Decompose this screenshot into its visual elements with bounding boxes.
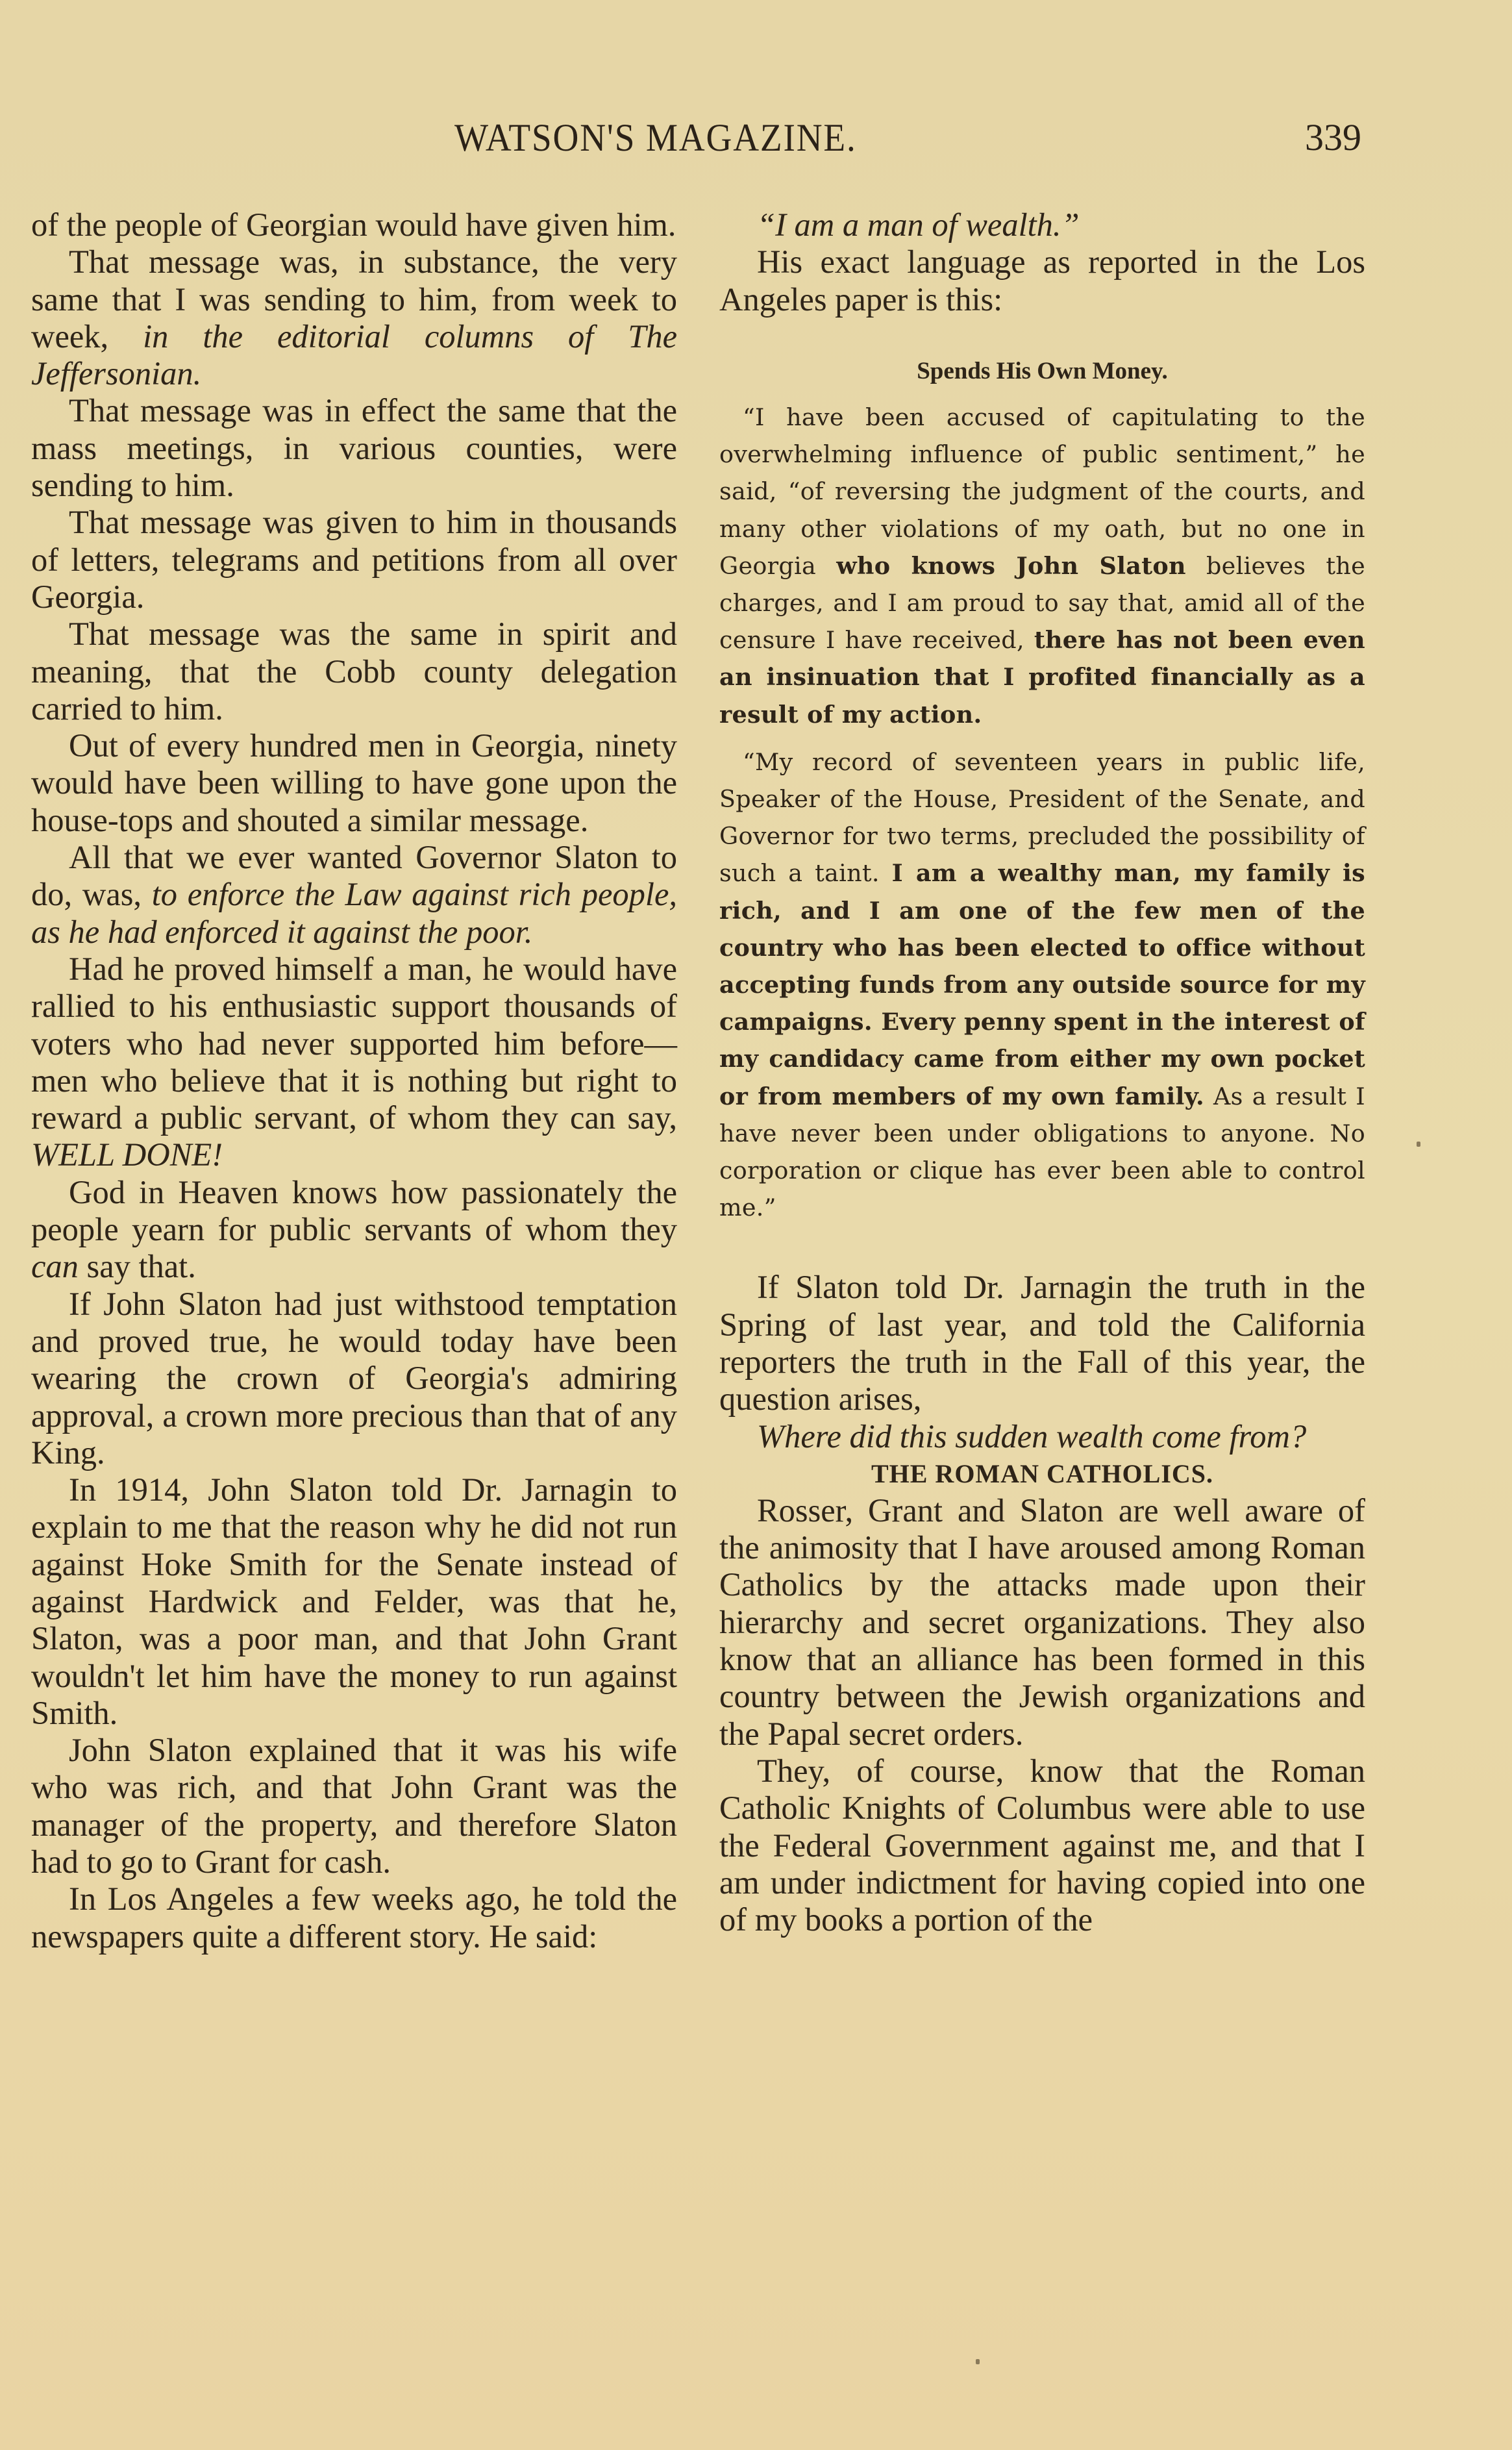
spacer: [719, 733, 1365, 744]
paragraph: Out of every hundred men in Georgia, nin…: [31, 727, 677, 839]
paragraph: That message was in effect the same that…: [31, 392, 677, 504]
paragraph: In 1914, John Slaton told Dr. Jarnagin t…: [31, 1471, 677, 1732]
italic-phrase: in the editorial columns of The Jefferso…: [31, 318, 677, 392]
paragraph: His exact language as reported in the Lo…: [719, 244, 1365, 318]
running-header: WATSON'S MAGAZINE. 339: [0, 116, 1512, 161]
scan-speck: [1417, 1142, 1420, 1147]
paragraph: If Slaton told Dr. Jarnagin the truth in…: [719, 1269, 1365, 1418]
newspaper-subheading: Spends His Own Money.: [719, 357, 1365, 386]
paragraph: They, of course, know that the Roman Cat…: [719, 1753, 1365, 1938]
left-column: of the people of Georgian would have giv…: [31, 206, 677, 1955]
paragraph: If John Slaton had just withstood tempta…: [31, 1286, 677, 1471]
newspaper-quote-paragraph: “My record of seventeen years in public …: [719, 744, 1365, 1227]
spacer: [719, 1226, 1365, 1269]
paragraph: Had he proved himself a man, he would ha…: [31, 951, 677, 1174]
paragraph: of the people of Georgian would have giv…: [31, 206, 677, 244]
paragraph: All that we ever wanted Governor Slaton …: [31, 839, 677, 951]
page-number: 339: [1305, 116, 1361, 159]
paragraph: In Los Angeles a few weeks ago, he told …: [31, 1881, 677, 1955]
paragraph: That message was, in substance, the very…: [31, 244, 677, 392]
paragraph: That message was given to him in thousan…: [31, 504, 677, 616]
newspaper-quote-paragraph: “I have been accused of capitulating to …: [719, 399, 1365, 733]
paragraph: Rosser, Grant and Slaton are well aware …: [719, 1492, 1365, 1753]
section-heading: THE ROMAN CATHOLICS.: [719, 1455, 1365, 1492]
right-column: “I am a man of wealth.” His exact langua…: [719, 206, 1365, 1938]
italic-phrase: WELL DONE!: [31, 1136, 223, 1173]
paragraph: John Slaton explained that it was his wi…: [31, 1732, 677, 1881]
paragraph: That message was the same in spirit and …: [31, 616, 677, 727]
scan-speck: [976, 2359, 980, 2364]
paragraph: God in Heaven knows how passionately the…: [31, 1174, 677, 1286]
quote-line: “I am a man of wealth.”: [719, 206, 1365, 244]
italic-word: can: [31, 1248, 79, 1284]
question-paragraph: Where did this sudden wealth come from?: [719, 1418, 1365, 1455]
magazine-title: WATSON'S MAGAZINE.: [454, 116, 857, 160]
